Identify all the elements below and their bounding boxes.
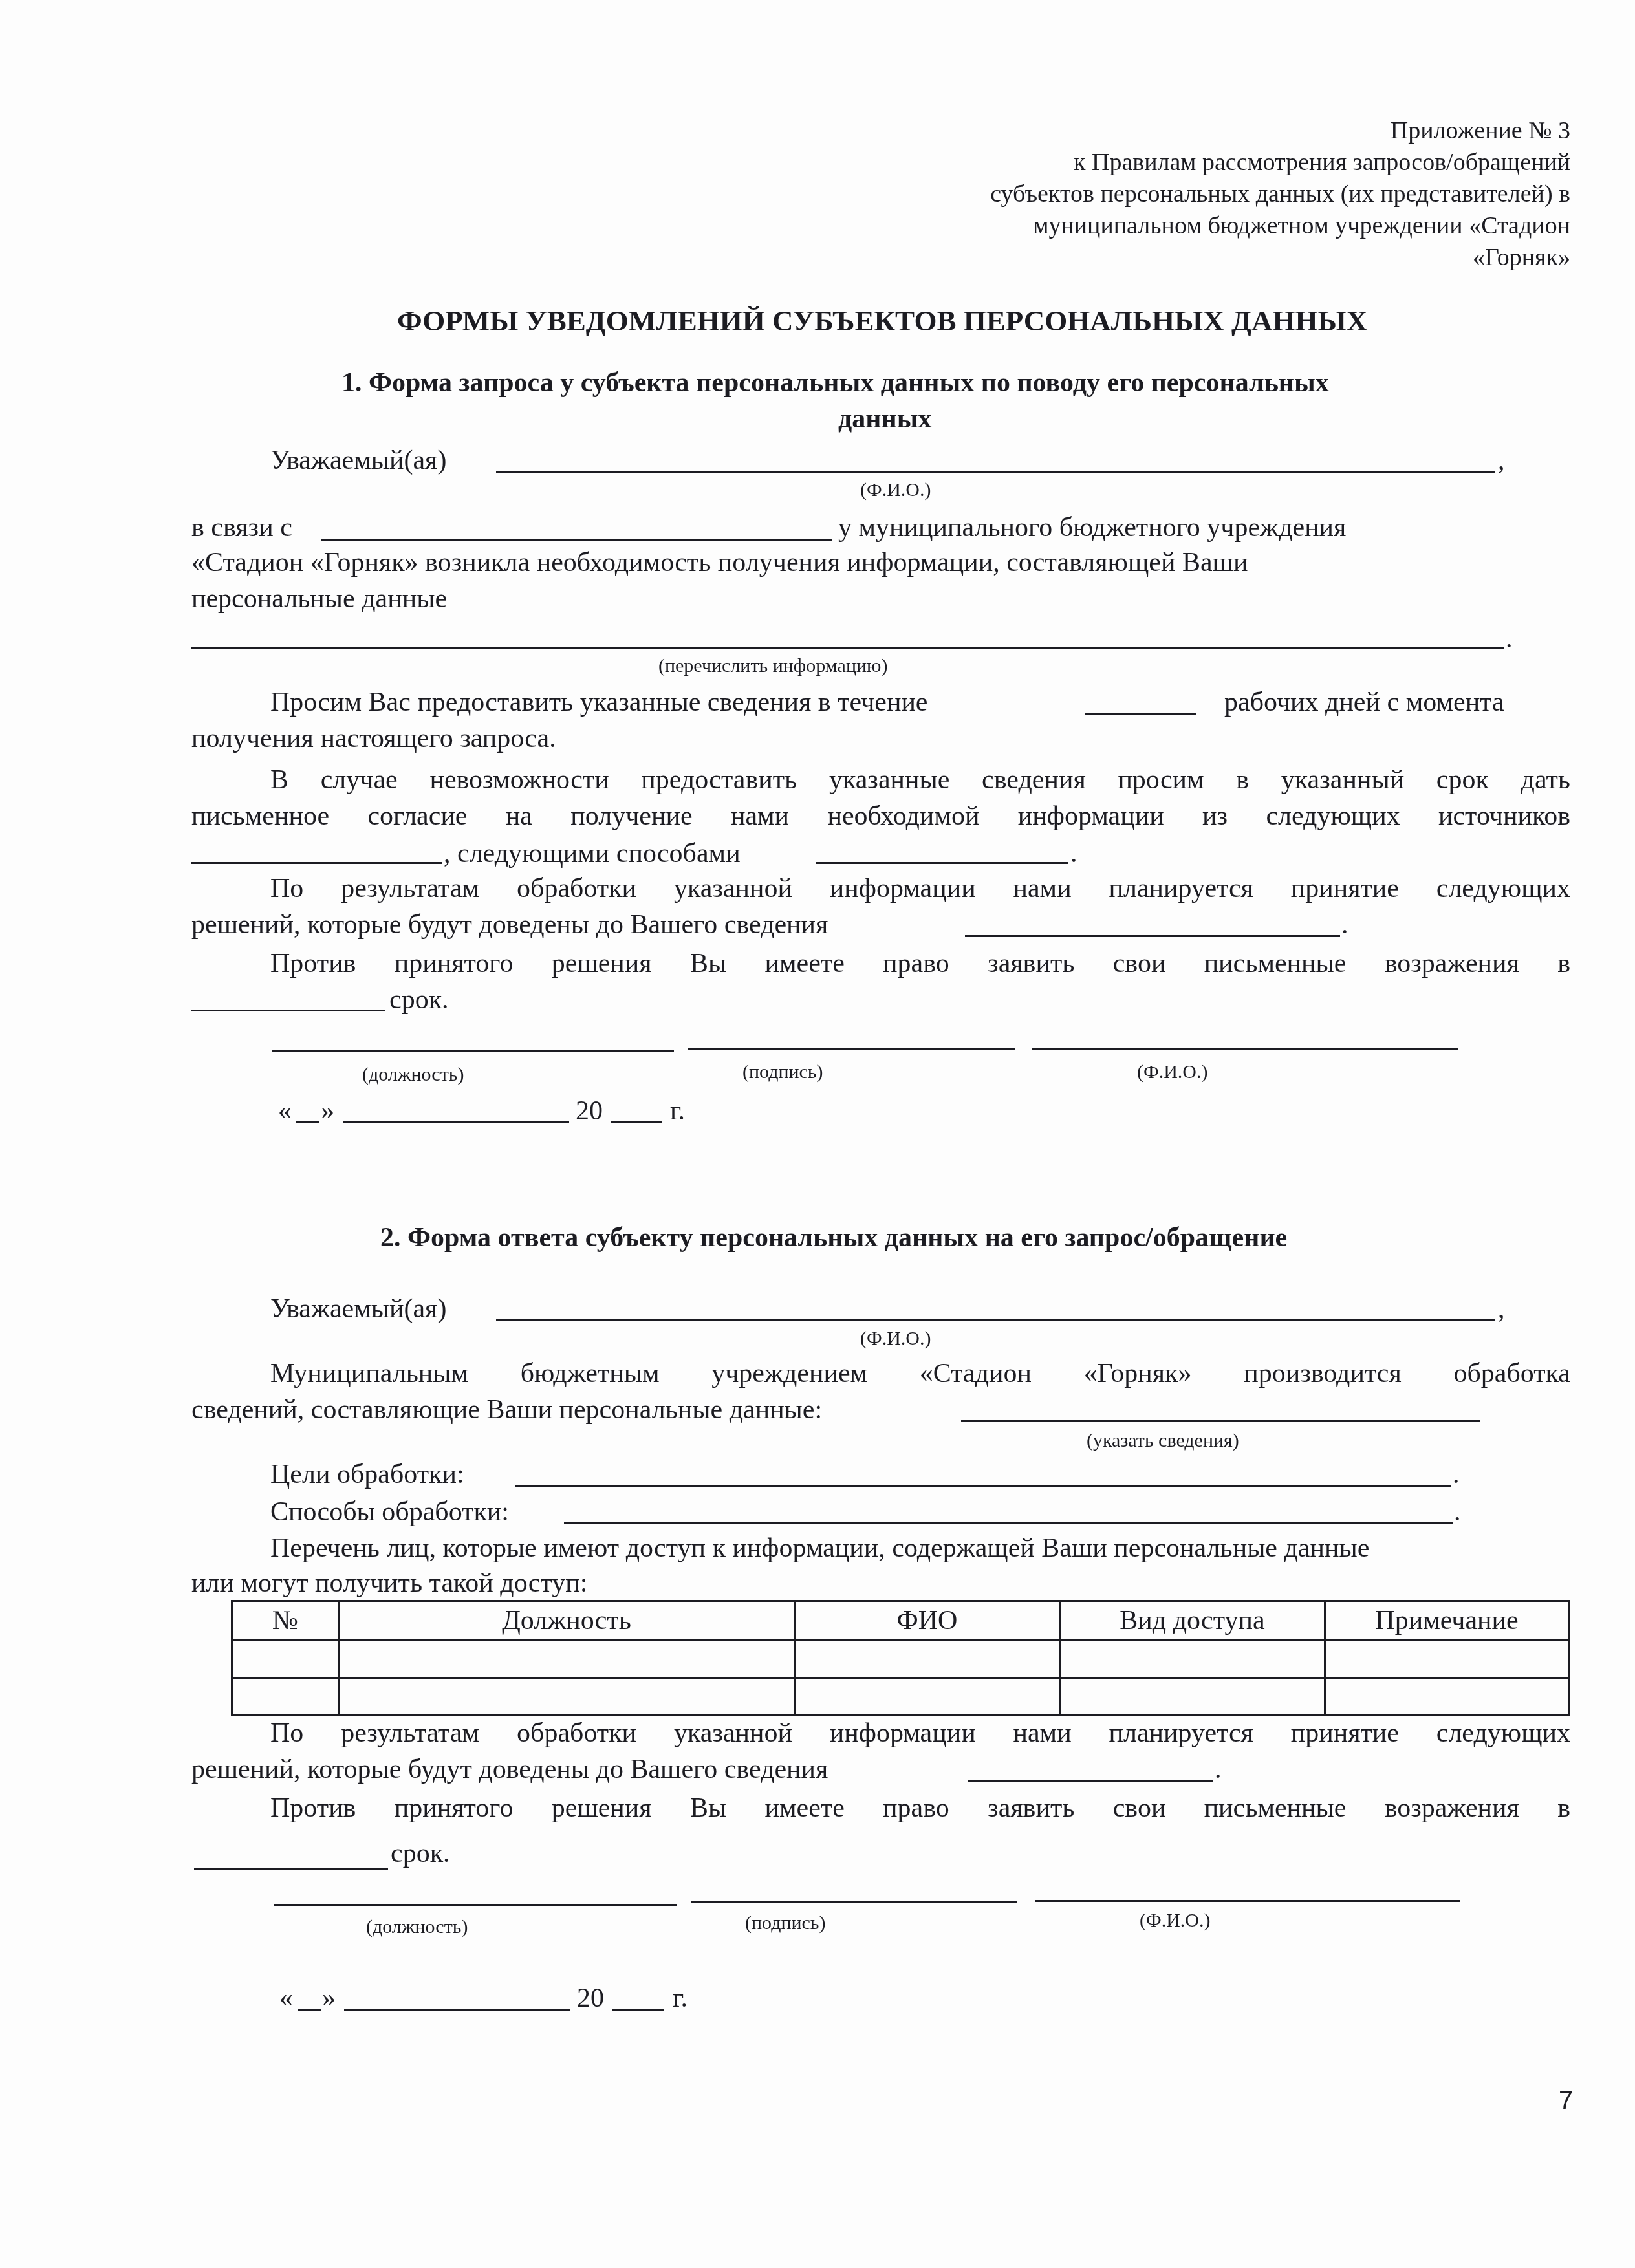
appendix-number: Приложение № 3 — [990, 115, 1570, 147]
signature-field[interactable] — [691, 1901, 1017, 1903]
p4-line2: срок. — [389, 982, 449, 1018]
date-year-field[interactable] — [612, 2009, 664, 2011]
fio-signature-field[interactable] — [1035, 1900, 1460, 1902]
term-field[interactable] — [191, 1010, 385, 1011]
form2-p3-line1: По результатам обработки указанной инфор… — [270, 1715, 1570, 1751]
p2-line1: В случае невозможности предоставить указ… — [270, 762, 1570, 798]
form2-term-field[interactable] — [194, 1868, 388, 1870]
dot: . — [1453, 1456, 1460, 1493]
signature-caption: (подпись) — [742, 1061, 823, 1084]
p1-text-a: Просим Вас предоставить указанные сведен… — [270, 684, 928, 720]
p1-text-line2: получения настоящего запроса. — [191, 720, 556, 757]
form1-fio-field[interactable] — [496, 471, 1495, 473]
table-cell[interactable] — [339, 1678, 795, 1716]
comma: , — [1498, 1291, 1505, 1327]
processing-methods-field[interactable] — [564, 1522, 1453, 1524]
p3-line1: По результатам обработки указанной инфор… — [270, 870, 1570, 907]
goals-label: Цели обработки: — [270, 1456, 464, 1493]
form2-p1-line1: Муниципальным бюджетным учреждением «Ста… — [270, 1355, 1570, 1392]
comma: , — [1498, 442, 1505, 479]
date-month-field[interactable] — [343, 1121, 569, 1123]
col-access-type: Вид доступа — [1060, 1601, 1325, 1641]
date-day-field[interactable] — [296, 1121, 319, 1123]
table-row — [232, 1641, 1569, 1678]
dot: . — [1215, 1751, 1222, 1787]
position-caption: (должность) — [362, 1063, 464, 1086]
access-table: № Должность ФИО Вид доступа Примечание — [231, 1600, 1570, 1716]
reason-prefix: в связи с — [191, 510, 292, 546]
fio-caption: (Ф.И.О.) — [860, 479, 931, 502]
sources-field[interactable] — [191, 862, 442, 864]
p4-line1: Против принятого решения Вы имеете право… — [270, 945, 1570, 982]
date-year-suffix: г. — [670, 1093, 685, 1129]
col-fio: ФИО — [795, 1601, 1060, 1641]
info-caption: (указать сведения) — [1087, 1429, 1239, 1453]
date-year-suffix: г. — [673, 1980, 688, 2016]
form2-greeting-label: Уважаемый(ая) — [270, 1291, 446, 1327]
fio-caption: (Ф.И.О.) — [1137, 1061, 1208, 1084]
date-year-prefix: 20 — [576, 1093, 603, 1129]
dot: . — [1454, 1494, 1461, 1530]
table-cell[interactable] — [1060, 1678, 1325, 1716]
table-cell[interactable] — [795, 1678, 1060, 1716]
table-cell[interactable] — [1060, 1641, 1325, 1678]
form2-fio-field[interactable] — [496, 1319, 1495, 1321]
page-number: 7 — [1559, 2086, 1573, 2115]
document-page: Приложение № 3 к Правилам рассмотрения з… — [0, 0, 1635, 2268]
dot: . — [1070, 836, 1077, 872]
form1-heading-cont: данных — [838, 404, 931, 435]
table-cell[interactable] — [795, 1641, 1060, 1678]
table-cell[interactable] — [232, 1678, 339, 1716]
form1-heading: 1. Форма запроса у субъекта персональных… — [341, 367, 1329, 398]
reason-line3: персональные данные — [191, 581, 447, 617]
goals-field[interactable] — [515, 1485, 1451, 1487]
reason-field[interactable] — [321, 539, 832, 541]
col-note: Примечание — [1325, 1601, 1569, 1641]
appendix-line: к Правилам рассмотрения запросов/обращен… — [990, 147, 1570, 178]
methods-field[interactable] — [816, 862, 1068, 864]
table-cell[interactable] — [1325, 1678, 1569, 1716]
methods-label: Способы обработки: — [270, 1494, 509, 1530]
table-row — [232, 1678, 1569, 1716]
position-signature-field[interactable] — [274, 1904, 677, 1906]
access-list-line2: или могут получить такой доступ: — [191, 1565, 587, 1601]
form2-decisions-field[interactable] — [968, 1780, 1213, 1782]
date-quote-open: « — [279, 1980, 293, 2016]
access-list-line1: Перечень лиц, которые имеют доступ к инф… — [270, 1530, 1369, 1566]
appendix-header: Приложение № 3 к Правилам рассмотрения з… — [990, 115, 1570, 274]
p2-line2: письменное согласие на получение нами не… — [191, 798, 1570, 834]
document-title: ФОРМЫ УВЕДОМЛЕНИЙ СУБЪЕКТОВ ПЕРСОНАЛЬНЫХ… — [397, 304, 1367, 338]
position-caption: (должность) — [366, 1916, 468, 1939]
table-cell[interactable] — [339, 1641, 795, 1678]
date-day-field[interactable] — [298, 2009, 321, 2011]
fio-signature-field[interactable] — [1032, 1048, 1458, 1050]
decisions-field[interactable] — [965, 935, 1340, 937]
form2-p4-line2: срок. — [391, 1835, 450, 1872]
date-month-field[interactable] — [344, 2009, 570, 2011]
fio-caption: (Ф.И.О.) — [860, 1327, 931, 1350]
reason-suffix: у муниципального бюджетного учреждения — [838, 510, 1346, 546]
days-field[interactable] — [1085, 713, 1196, 715]
processed-info-field[interactable] — [961, 1420, 1480, 1422]
position-signature-field[interactable] — [272, 1050, 674, 1052]
p1-text-b: рабочих дней с момента — [1224, 684, 1504, 720]
date-quote-open: « — [278, 1093, 292, 1129]
p3-line2: решений, которые будут доведены до Вашег… — [191, 907, 828, 943]
signature-caption: (подпись) — [745, 1912, 826, 1935]
dot: . — [1506, 621, 1513, 657]
appendix-line: «Горняк» — [990, 242, 1570, 274]
p2-line3: , следующими способами — [444, 836, 741, 872]
date-quote-close: » — [321, 1093, 334, 1129]
form2-heading: 2. Форма ответа субъекту персональных да… — [380, 1222, 1287, 1253]
col-number: № — [232, 1601, 339, 1641]
date-quote-close: » — [322, 1980, 336, 2016]
fio-caption: (Ф.И.О.) — [1140, 1909, 1211, 1932]
form2-p3-line2: решений, которые будут доведены до Вашег… — [191, 1751, 828, 1787]
form1-greeting-label: Уважаемый(ая) — [270, 442, 446, 479]
signature-field[interactable] — [688, 1048, 1015, 1050]
form2-p4-line1: Против принятого решения Вы имеете право… — [270, 1790, 1570, 1826]
appendix-line: муниципальном бюджетном учреждении «Стад… — [990, 210, 1570, 242]
table-header-row: № Должность ФИО Вид доступа Примечание — [232, 1601, 1569, 1641]
table-cell[interactable] — [1325, 1641, 1569, 1678]
col-position: Должность — [339, 1601, 795, 1641]
date-year-field[interactable] — [611, 1121, 662, 1123]
dot: . — [1341, 907, 1348, 943]
appendix-line: субъектов персональных данных (их предст… — [990, 178, 1570, 210]
info-list-field[interactable] — [191, 647, 1504, 649]
form2-p1-line2: сведений, составляющие Ваши персональные… — [191, 1392, 822, 1428]
date-year-prefix: 20 — [577, 1980, 604, 2016]
reason-line2: «Стадион «Горняк» возникла необходимость… — [191, 545, 1248, 581]
table-cell[interactable] — [232, 1641, 339, 1678]
info-list-caption: (перечислить информацию) — [658, 654, 887, 678]
